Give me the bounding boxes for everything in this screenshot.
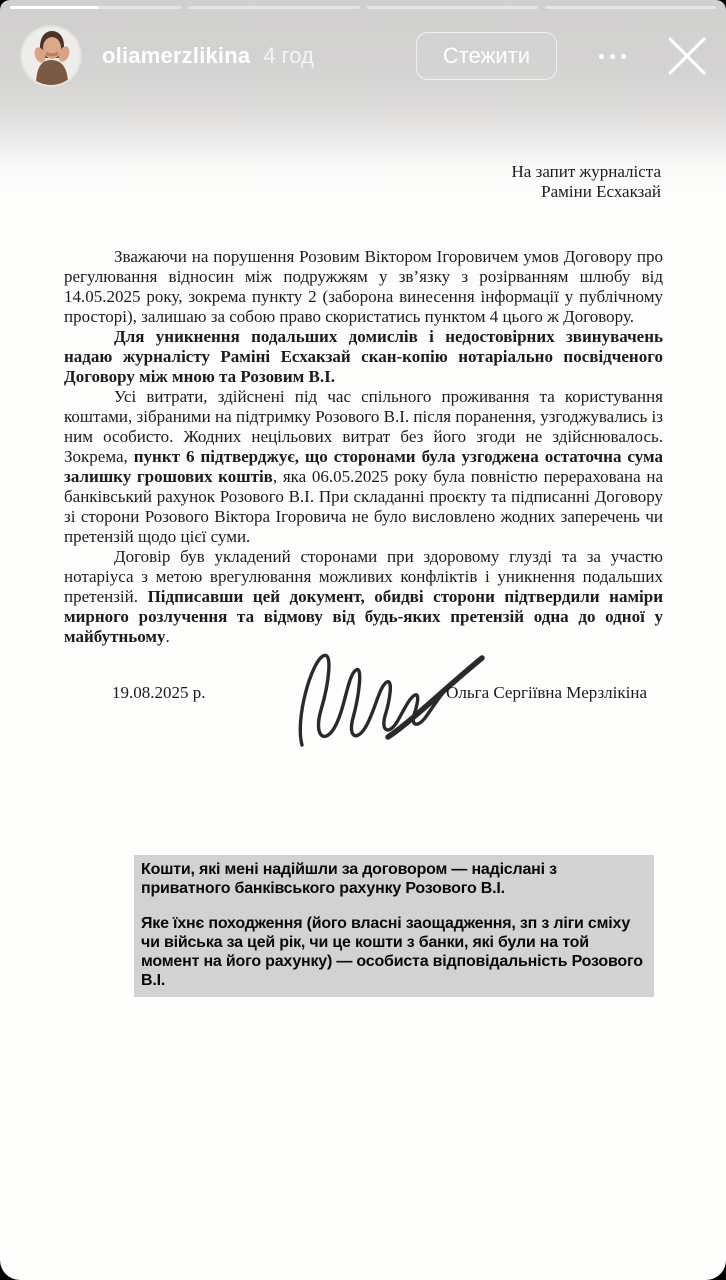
avatar-portrait — [22, 27, 80, 85]
story-timestamp: 4 год — [263, 43, 313, 69]
recipient-line: На запит журналіста — [64, 162, 661, 182]
follow-button[interactable]: Стежити — [416, 32, 557, 80]
document-paragraph: Зважаючи на порушення Розовим Віктором І… — [64, 247, 663, 327]
signature-row: 19.08.2025 р. Ольга Сергіївна Мерзлікіна — [64, 675, 663, 711]
document-body: Зважаючи на порушення Розовим Віктором І… — [64, 247, 663, 647]
story-progress-bar — [10, 6, 716, 9]
progress-segment — [545, 6, 716, 9]
legal-document: На запит журналіста Раміни Есхакзай Зваж… — [64, 162, 663, 711]
annotation-note: Кошти, які мені надійшли за договором — … — [134, 855, 654, 997]
signatory-name: Ольга Сергіївна Мерзлікіна — [446, 683, 647, 703]
progress-segment — [10, 6, 181, 9]
progress-segment — [367, 6, 538, 9]
username[interactable]: oliamerzlikina — [102, 43, 250, 69]
document-paragraph: Договір був укладений сторонами при здор… — [64, 547, 663, 647]
progress-segment — [188, 6, 359, 9]
document-paragraph: Усі витрати, здійснені під час спільного… — [64, 387, 663, 547]
avatar[interactable] — [22, 27, 80, 85]
recipient-line: Раміни Есхакзай — [64, 182, 661, 202]
story-header: oliamerzlikina 4 год Стежити — [22, 24, 710, 88]
document-paragraph: Для уникнення подальших домислів і недос… — [64, 327, 663, 387]
annotation-paragraph: Яке їхнє походження (його власні заощадж… — [141, 914, 646, 990]
annotation-paragraph: Кошти, які мені надійшли за договором — … — [141, 860, 646, 898]
more-options-icon[interactable] — [597, 46, 628, 67]
document-recipient: На запит журналіста Раміни Есхакзай — [64, 162, 663, 202]
close-icon[interactable] — [664, 33, 710, 79]
story-card[interactable]: oliamerzlikina 4 год Стежити На запит жу… — [0, 0, 726, 1280]
document-date: 19.08.2025 р. — [112, 683, 206, 703]
